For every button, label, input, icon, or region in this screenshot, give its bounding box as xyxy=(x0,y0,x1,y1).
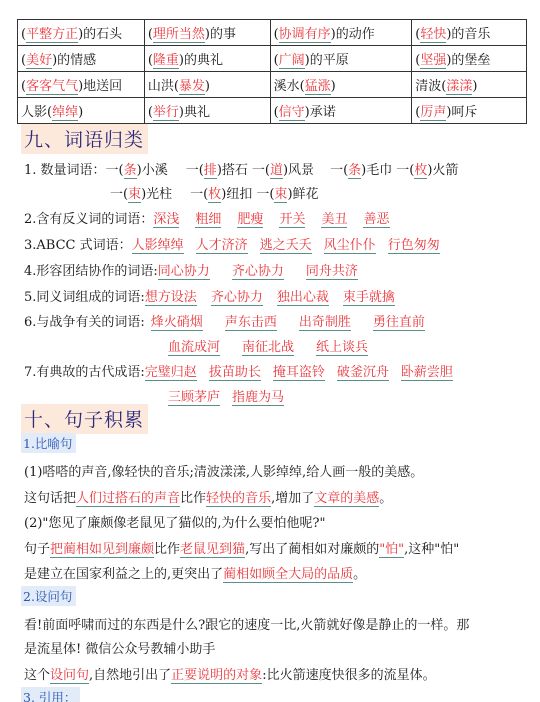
text: ,自然地引出了 xyxy=(89,668,171,683)
cell-suffix: )的音乐 xyxy=(446,27,490,42)
measure-word-text: )光柱 xyxy=(141,187,172,202)
idiom-answer: 声东击西 xyxy=(225,315,277,331)
cell-suffix: )的平原 xyxy=(305,53,349,68)
rhetorical-example-line2: 是流星体! 微信公众号教辅小助手 xyxy=(24,638,215,657)
measure-word-text: 一( xyxy=(110,187,128,202)
highlight: 轻快的音乐 xyxy=(206,491,271,507)
cell-answer: 客客气气 xyxy=(26,79,78,95)
cell-answer: 猛涨 xyxy=(305,79,331,95)
measure-word-text: 一( xyxy=(186,163,204,178)
measure-word-text: )毛巾 xyxy=(361,163,392,178)
subsection-rhetorical-question-title: 2.设问句 xyxy=(21,586,76,606)
metaphor-example-2-analysis-line2: 是建立在国家利益之上的,更突出了蔺相如顾全大局的品质。 xyxy=(24,563,366,582)
table-cell: (广阔)的平原 xyxy=(270,46,412,72)
item-2-label: 2.含有反义词的词语： xyxy=(24,212,153,227)
idiom-answer: 想方设法 xyxy=(145,290,197,306)
item-3-abcc: 3.ABCC 式词语：人影绰绰人才济济逃之夭夭风尘仆仆行色匆匆 xyxy=(24,234,452,253)
text: ,写出了蔺相如对廉颇的 xyxy=(245,542,379,557)
table-cell: (举行)典礼 xyxy=(144,98,270,124)
text: ,增加了 xyxy=(271,491,314,506)
measure-word-answer: 排 xyxy=(204,163,217,179)
cell-suffix: )的堡垒 xyxy=(446,53,490,68)
text: 是建立在国家利益之上的,更突出了 xyxy=(24,567,223,582)
idiom-answer: 人才济济 xyxy=(196,238,248,254)
idiom-answer: 破釜沉舟 xyxy=(337,365,389,381)
idiom-answer: 开关 xyxy=(279,212,305,228)
cell-answer: 平整方正 xyxy=(26,27,78,43)
rhetorical-analysis: 这个设问句,自然地引出了正要说明的对象:比火箭速度快很多的流星体。 xyxy=(24,664,436,683)
cell-answer: 举行 xyxy=(153,105,179,121)
table-cell: (客客气气)地送回 xyxy=(18,72,145,98)
table-cell: 人影(绰绰) xyxy=(18,98,145,124)
idiom-answer: 血流成河 xyxy=(168,340,220,356)
idiom-answer: 烽火硝烟 xyxy=(151,315,203,331)
cell-suffix: )呵斥 xyxy=(446,105,477,120)
metaphor-example-1-analysis: 这句话把人们过搭石的声音比作轻快的音乐,增加了文章的美感。 xyxy=(24,487,392,506)
highlight: 人们过搭石的声音 xyxy=(76,491,180,507)
idiom-answer: 深浅 xyxy=(153,212,179,228)
cell-answer: 绰绰 xyxy=(52,105,78,121)
measure-word-text: 一( xyxy=(330,163,348,178)
measure-word-text: 一( xyxy=(256,187,274,202)
highlight: 设问句 xyxy=(50,668,89,684)
measure-word-text: )搭石 xyxy=(217,163,248,178)
measure-word-answer: 道 xyxy=(270,163,283,179)
table-cell: (协调有序)的动作 xyxy=(270,20,412,46)
cell-answer: 信守 xyxy=(279,105,305,121)
cell-prefix: ( xyxy=(274,53,279,68)
item-4-label: 4.形容团结协作的词语: xyxy=(24,264,158,279)
text: 这句话把 xyxy=(24,491,76,506)
cell-prefix: 溪水( xyxy=(274,79,305,94)
item-1-measure-words: 1. 数量词语：一(条)小溪一(排)搭石一(道)风景一(条)毛巾一(枚)火箭 xyxy=(24,159,458,178)
cell-suffix: )的事 xyxy=(205,27,236,42)
cell-prefix: ( xyxy=(274,27,279,42)
text: 是流星体! xyxy=(24,642,81,657)
highlight: 文章的美感 xyxy=(314,491,379,507)
idiom-answer: 同心协力 xyxy=(158,264,210,280)
measure-word-answer: 束 xyxy=(274,187,287,203)
section-9-title: 九、词语归类 xyxy=(21,124,148,154)
measure-word-text: )小溪 xyxy=(137,163,168,178)
item-4-teamwork: 4.形容团结协作的词语:同心协力齐心协力同舟共济 xyxy=(24,260,380,279)
measure-word-answer: 枚 xyxy=(414,163,427,179)
table-cell: 山洪(暴发) xyxy=(144,72,270,98)
idiom-answer: 齐心协力 xyxy=(232,264,284,280)
subsection-metaphor-title: 1.比喻句 xyxy=(21,433,76,453)
vocab-table: (平整方正)的石头(理所当然)的事(协调有序)的动作(轻快)的音乐(美好)的情感… xyxy=(17,19,527,124)
item-6-label: 6.与战争有关的词语: xyxy=(24,315,145,330)
cell-suffix: )典礼 xyxy=(179,105,210,120)
idiom-answer: 出奇制胜 xyxy=(299,315,351,331)
measure-word-item: 一(束)光柱 xyxy=(110,187,172,202)
idiom-answer: 齐心协力 xyxy=(211,290,263,306)
item-7-label: 7.有典故的古代成语: xyxy=(24,365,145,380)
cell-answer: 暴发 xyxy=(179,79,205,95)
idiom-answer: 掩耳盗铃 xyxy=(273,365,325,381)
item-6-war-row2: 血流成河南征北战纸上谈兵 xyxy=(168,336,390,355)
idiom-answer: 完璧归赵 xyxy=(145,365,197,381)
idiom-answer: 勇往直前 xyxy=(373,315,425,331)
cell-suffix: )承诺 xyxy=(305,105,336,120)
subsection-quotation-title: 3. 引用： xyxy=(21,687,80,702)
metaphor-example-2: (2)"您见了廉颇像老鼠见了猫似的,为什么要怕他呢?" xyxy=(24,512,325,531)
measure-word-text: )风景 xyxy=(283,163,314,178)
highlight: 老鼠见到猫 xyxy=(180,542,245,558)
idiom-answer: 南征北战 xyxy=(242,340,294,356)
measure-word-text: 一( xyxy=(190,187,208,202)
cell-answer: 轻快 xyxy=(420,27,446,43)
cell-answer: 理所当然 xyxy=(153,27,205,43)
cell-prefix: 山洪( xyxy=(148,79,179,94)
idiom-answer: 逃之夭夭 xyxy=(260,238,312,254)
text: 句子 xyxy=(24,542,50,557)
cell-prefix: ( xyxy=(274,105,279,120)
cell-answer: 协调有序 xyxy=(279,27,331,43)
table-cell: (理所当然)的事 xyxy=(144,20,270,46)
measure-word-item: 一(排)搭石 xyxy=(186,163,248,178)
metaphor-example-2-analysis: 句子把蔺相如见到廉颇比作老鼠见到猫,写出了蔺相如对廉颇的"怕",这种"怕" xyxy=(24,538,459,557)
cell-answer: 厉声 xyxy=(420,105,446,121)
idiom-answer: 拔苗助长 xyxy=(209,365,261,381)
idiom-answer: 卧薪尝胆 xyxy=(401,365,453,381)
measure-word-item: 一(枚)纽扣 xyxy=(190,187,252,202)
cell-suffix: )的典礼 xyxy=(179,53,223,68)
watermark: 微信公众号教辅小助手 xyxy=(85,642,215,657)
table-row: (美好)的情感 (隆重)的典礼(广阔)的平原(坚强)的堡垒 xyxy=(18,46,527,72)
measure-word-text: )火箭 xyxy=(427,163,458,178)
cell-answer: 美好 xyxy=(26,53,52,69)
highlight: 蔺相如顾全大局的品质 xyxy=(223,567,353,583)
measure-word-item: 一(束)鲜花 xyxy=(256,187,318,203)
text: ,这种"怕" xyxy=(404,542,459,557)
item-1-measure-words-row2: 一(束)光柱一(枚)纽扣一(束)鲜花 xyxy=(110,183,319,202)
idiom-answer: 行色匆匆 xyxy=(388,238,440,254)
measure-word-text: 一( xyxy=(252,163,270,178)
item-7-allusions: 7.有典故的古代成语:完璧归赵拔苗助长掩耳盗铃破釜沉舟卧薪尝胆 xyxy=(24,361,465,380)
measure-word-item: 一(条)小溪 xyxy=(106,163,168,178)
table-cell: (轻快)的音乐 xyxy=(412,20,527,46)
cell-suffix: ) xyxy=(78,105,83,120)
text: 。 xyxy=(353,567,366,582)
table-cell: (厉声)呵斥 xyxy=(412,98,527,124)
item-5-synonyms: 5.同义词组成的词语:想方设法齐心协力独出心裁束手就擒 xyxy=(24,286,409,305)
table-row: 人影(绰绰)(举行)典礼(信守)承诺(厉声)呵斥 xyxy=(18,98,527,124)
text: :比火箭速度快很多的流星体。 xyxy=(262,668,435,683)
idiom-answer: 肥瘦 xyxy=(237,212,263,228)
idiom-answer: 指鹿为马 xyxy=(232,390,284,406)
highlight: 把蔺相如见到廉颇 xyxy=(50,542,154,558)
text: 比作 xyxy=(180,491,206,506)
measure-word-answer: 束 xyxy=(128,187,141,203)
idiom-answer: 人影绰绰 xyxy=(132,238,184,254)
highlight: 正要说明的对象 xyxy=(171,668,262,684)
text: 。 xyxy=(379,491,392,506)
idiom-answer: 纸上谈兵 xyxy=(316,340,368,356)
table-cell: (信守)承诺 xyxy=(270,98,412,124)
idiom-answer: 风尘仆仆 xyxy=(324,238,376,254)
idiom-answer: 束手就擒 xyxy=(343,290,395,306)
cell-answer: 广阔 xyxy=(279,53,305,69)
cell-suffix: )的石头 xyxy=(78,27,122,42)
cell-suffix: ) xyxy=(205,79,210,94)
idiom-answer: 善恶 xyxy=(363,212,389,228)
cell-answer: 坚强 xyxy=(420,53,446,69)
table-cell: (隆重)的典礼 xyxy=(144,46,270,72)
measure-word-answer: 枚 xyxy=(208,187,221,203)
cell-answer: 隆重 xyxy=(153,53,179,69)
item-6-war: 6.与战争有关的词语:烽火硝烟声东击西出奇制胜勇往直前 xyxy=(24,311,447,330)
cell-prefix: 人影( xyxy=(21,105,52,120)
item-3-label: 3.ABCC 式词语： xyxy=(24,238,132,253)
cell-suffix: ) xyxy=(331,79,336,94)
idiom-answer: 独出心裁 xyxy=(277,290,329,306)
idiom-answer: 三顾茅庐 xyxy=(168,390,220,406)
table-cell: 清波(漾漾) xyxy=(412,72,527,98)
measure-word-text: 一( xyxy=(106,163,124,178)
measure-word-item: 一(枚)火箭 xyxy=(396,163,458,179)
idiom-answer: 美丑 xyxy=(321,212,347,228)
measure-word-text: )鲜花 xyxy=(287,187,318,202)
cell-prefix: 清波( xyxy=(415,79,446,94)
section-10-title: 十、句子积累 xyxy=(21,404,148,434)
table-cell: 溪水(猛涨) xyxy=(270,72,412,98)
item-7-allusions-row2: 三顾茅庐指鹿为马 xyxy=(168,386,296,405)
table-row: (平整方正)的石头(理所当然)的事(协调有序)的动作(轻快)的音乐 xyxy=(18,20,527,46)
cell-suffix: ) xyxy=(472,79,477,94)
text: 这个 xyxy=(24,668,50,683)
measure-word-answer: 条 xyxy=(348,163,361,179)
rhetorical-example: 看!前面呼啸而过的东西是什么?跟它的速度一比,火箭就好像是静止的一样。那 xyxy=(24,614,469,633)
measure-word-text: 一( xyxy=(396,163,414,178)
idiom-answer: 粗细 xyxy=(195,212,221,228)
measure-word-text: )纽扣 xyxy=(221,187,252,202)
metaphor-example-1: (1)嗒嗒的声音,像轻快的音乐;清波漾漾,人影绰绰,给人画一般的美感。 xyxy=(24,461,423,480)
table-cell: (平整方正)的石头 xyxy=(18,20,145,46)
cell-answer: 漾漾 xyxy=(446,79,472,95)
cell-suffix: )地送回 xyxy=(78,79,122,94)
item-5-label: 5.同义词组成的词语: xyxy=(24,290,145,305)
idiom-answer: 同舟共济 xyxy=(306,264,358,280)
text: 比作 xyxy=(154,542,180,557)
highlight: "怕" xyxy=(379,542,404,558)
measure-word-item: 一(道)风景 xyxy=(252,163,314,178)
measure-word-answer: 条 xyxy=(124,163,137,179)
cell-suffix: )的动作 xyxy=(331,27,375,42)
table-row: (客客气气)地送回山洪(暴发)溪水(猛涨)清波(漾漾) xyxy=(18,72,527,98)
cell-suffix: )的情感 xyxy=(52,53,96,68)
item-1-label: 1. 数量词语： xyxy=(24,163,106,178)
measure-word-item: 一(条)毛巾 xyxy=(330,163,392,178)
item-2-antonyms: 2.含有反义词的词语：深浅粗细肥瘦开关美丑善恶 xyxy=(24,208,406,227)
table-cell: (坚强)的堡垒 xyxy=(412,46,527,72)
table-cell: (美好)的情感 xyxy=(18,46,145,72)
